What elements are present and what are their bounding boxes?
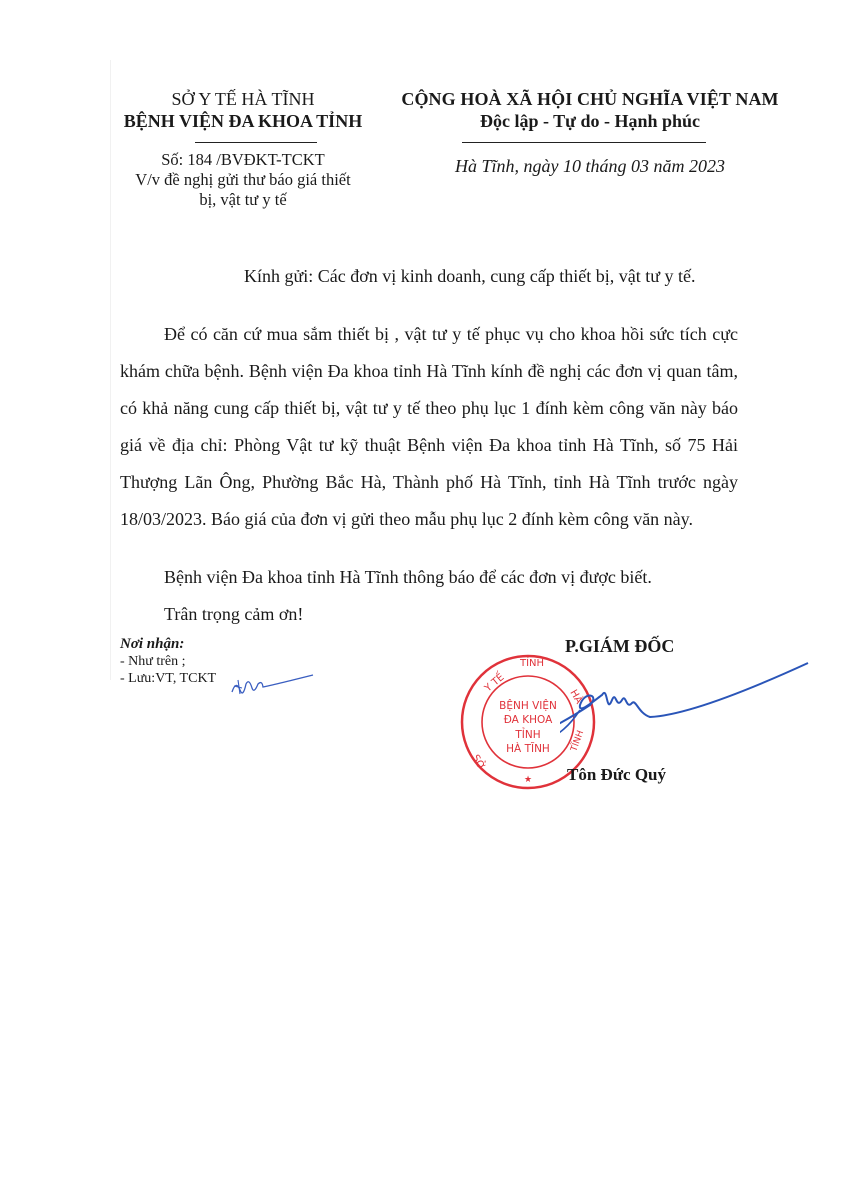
document-reference: Số: 184 /BVĐKT-TCKT V/v đề nghị gửi thư …	[108, 150, 378, 210]
place-date: Hà Tĩnh, ngày 10 tháng 03 năm 2023	[385, 156, 795, 177]
nation-title: CỘNG HOÀ XÃ HỘI CHỦ NGHĨA VIỆT NAM	[385, 88, 795, 110]
subject-line-1: V/v đề nghị gửi thư báo giá thiết	[108, 170, 378, 190]
issuer-header: SỞ Y TẾ HÀ TĨNH BỆNH VIỆN ĐA KHOA TỈNH	[108, 88, 378, 132]
svg-text:TỈNH: TỈNH	[514, 727, 540, 741]
recipients-title: Nơi nhận:	[120, 636, 216, 653]
header-underline-left	[195, 142, 317, 143]
svg-text:SỞ: SỞ	[469, 752, 489, 772]
svg-text:BỆNH VIỆN: BỆNH VIỆN	[499, 699, 557, 712]
recipient-line: Kính gửi: Các đơn vị kinh doanh, cung cấ…	[244, 266, 695, 287]
svg-text:TỈNH: TỈNH	[519, 655, 544, 669]
recipients-list: Nơi nhận: - Như trên ; - Lưu:VT, TCKT	[120, 636, 216, 687]
subject-line-2: bị, vật tư y tế	[108, 190, 378, 210]
letter-body: Để có căn cứ mua sắm thiết bị , vật tư y…	[120, 316, 738, 538]
department-name: SỞ Y TẾ HÀ TĨNH	[108, 88, 378, 110]
thanks-sentence: Trân trọng cảm ơn!	[164, 596, 652, 633]
header-underline-right	[462, 142, 706, 143]
body-paragraph: Để có căn cứ mua sắm thiết bị , vật tư y…	[120, 316, 738, 538]
signatory-name: Tôn Đức Quý	[567, 765, 666, 785]
closing-block: Bệnh viện Đa khoa tỉnh Hà Tĩnh thông báo…	[164, 559, 652, 633]
svg-text:ĐA KHOA: ĐA KHOA	[504, 714, 553, 726]
recipient-item: - Như trên ;	[120, 653, 216, 670]
notice-sentence: Bệnh viện Đa khoa tỉnh Hà Tĩnh thông báo…	[164, 559, 652, 596]
recipient-item: - Lưu:VT, TCKT	[120, 670, 216, 687]
document-number: Số: 184 /BVĐKT-TCKT	[108, 150, 378, 170]
initials-signature-icon	[228, 672, 318, 702]
organization-name: BỆNH VIỆN ĐA KHOA TỈNH	[108, 110, 378, 132]
svg-text:★: ★	[524, 774, 532, 784]
national-header: CỘNG HOÀ XÃ HỘI CHỦ NGHĨA VIỆT NAM Độc l…	[385, 88, 795, 132]
motto: Độc lập - Tự do - Hạnh phúc	[385, 110, 795, 132]
handwritten-signature-icon	[560, 655, 810, 765]
svg-text:HÀ TĨNH: HÀ TĨNH	[506, 742, 550, 755]
